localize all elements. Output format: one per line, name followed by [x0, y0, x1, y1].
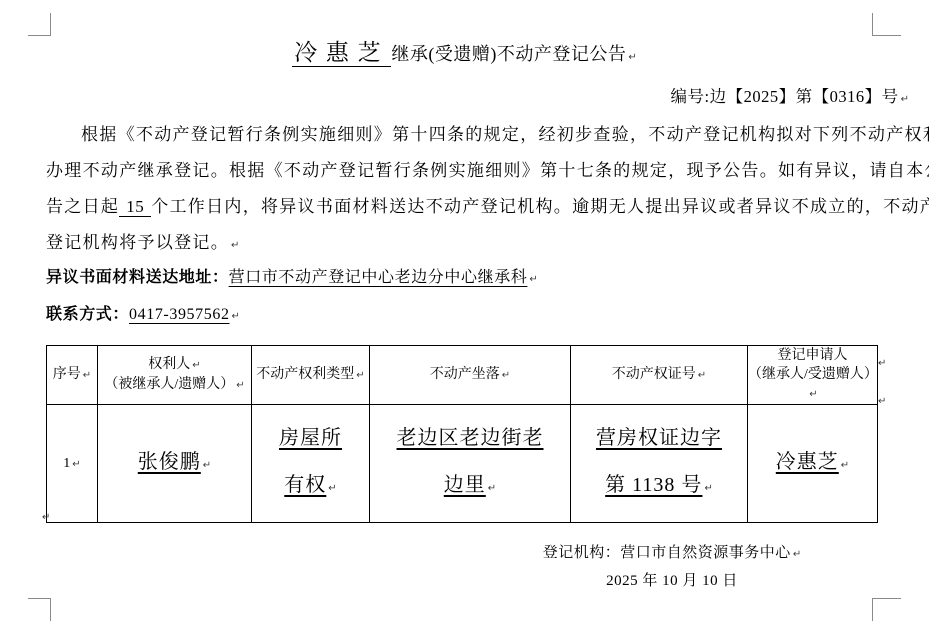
header-cert-no: 不动产权证号↵ [571, 346, 748, 405]
body-paragraph: 根据《不动产登记暂行条例实施细则》第十四条的规定，经初步查验，不动产登记机构拟对… [46, 117, 912, 261]
paragraph-mark-icon: ↵ [502, 370, 510, 381]
cell-text: 第 1138 号 [605, 474, 702, 496]
body-line: 办理不动产继承登记。根据《不动产登记暂行条例实施细则》第十七条的规定，现予公告。… [46, 153, 912, 189]
paragraph-mark-icon: ↵ [529, 274, 537, 285]
paragraph-mark-icon: ↵ [203, 460, 211, 471]
table-header-row: 序号↵ 权利人↵（被继承人/遗赠人）↵ 不动产权利类型↵ 不动产坐落↵ 不动产权… [47, 346, 878, 405]
objection-address-line: 异议书面材料送达地址：营口市不动产登记中心老边分中心继承科↵ [46, 264, 538, 287]
address-value: 营口市不动产登记中心老边分中心继承科 [229, 269, 528, 286]
paragraph-mark-icon: ↵ [841, 460, 849, 471]
body-line-pre: 告之日起 [46, 197, 119, 216]
body-line: 根据《不动产登记暂行条例实施细则》第十四条的规定，经初步查验，不动产登记机构拟对… [46, 117, 912, 153]
table-row: 1↵ 张俊鹏↵ 房屋所有权↵ 老边区老边街老边里↵ 营房权证边字第 1138 号… [47, 405, 878, 523]
cell-cert-no: 营房权证边字第 1138 号↵ [571, 405, 748, 523]
paragraph-mark-icon: ↵ [704, 483, 712, 494]
header-text: 不动产权利类型 [256, 367, 354, 382]
header-text: 不动产权证号 [612, 367, 696, 382]
paragraph-mark-icon: ↵ [83, 370, 91, 381]
paragraph-mark-icon: ↵ [356, 370, 364, 381]
paragraph-mark-icon: ↵ [793, 549, 801, 560]
cell-text: 房屋所 [279, 427, 342, 449]
paragraph-mark-icon: ↵ [328, 483, 336, 494]
title-suffix: 继承(受遗赠)不动产登记公告 [391, 44, 626, 64]
body-line-post: 个工作日内，将异议书面材料送达不动产登记机构。逾期无人提出异议或者异议不成立的，… [151, 197, 929, 216]
paragraph-mark-icon: ↵ [232, 311, 240, 322]
registration-org: 登记机构：营口市自然资源事务中心 [543, 545, 791, 561]
cell-text: 营房权证边字 [596, 427, 722, 449]
page-margin-corner-icon [28, 13, 51, 36]
contact-line: 联系方式：0417-3957562↵ [46, 301, 240, 324]
page-margin-corner-icon [872, 598, 901, 621]
objection-days-value: 15 [119, 197, 151, 217]
address-label: 异议书面材料送达地址： [46, 269, 229, 286]
cell-seq: 1↵ [47, 405, 98, 523]
paragraph-mark-icon: ↵ [809, 389, 817, 400]
page-title: 冷惠芝继承(受遗赠)不动产登记公告↵ [0, 34, 929, 67]
body-line-text: 登记机构将予以登记。 [46, 233, 229, 252]
paragraph-mark-icon: ↵ [192, 360, 200, 371]
contact-phone: 0417-3957562 [129, 306, 230, 323]
cell-text: 老边区老边街老 [397, 427, 544, 449]
cell-owner: 张俊鹏↵ [98, 405, 252, 523]
doc-number-text: 编号:边【2025】第【0316】号 [671, 87, 899, 106]
cell-location: 老边区老边街老边里↵ [370, 405, 571, 523]
end-of-row-mark-icon: ↵ [878, 358, 886, 369]
header-text: （被继承人/遗赠人） [104, 377, 234, 392]
footer-date-line: 2025 年 10 月 10 日 [502, 568, 842, 594]
cell-applicant: 冷惠芝↵ [748, 405, 878, 523]
paragraph-mark-icon: ↵ [901, 94, 909, 105]
cell-text: 边里 [444, 474, 486, 496]
header-owner: 权利人↵（被继承人/遗赠人）↵ [98, 346, 252, 405]
cell-text: 张俊鹏 [138, 451, 201, 473]
doc-number: 编号:边【2025】第【0316】号↵ [671, 83, 909, 107]
cell-text: 有权 [284, 474, 326, 496]
paragraph-mark-icon: ↵ [236, 380, 244, 391]
registration-table: 序号↵ 权利人↵（被继承人/遗赠人）↵ 不动产权利类型↵ 不动产坐落↵ 不动产权… [46, 345, 878, 523]
footer: 登记机构：营口市自然资源事务中心↵ 2025 年 10 月 10 日 [502, 540, 842, 594]
contact-label: 联系方式： [46, 306, 129, 323]
cell-right-type: 房屋所有权↵ [252, 405, 370, 523]
header-text: 不动产坐落 [430, 367, 500, 382]
footer-org-line: 登记机构：营口市自然资源事务中心↵ [502, 540, 842, 568]
title-heir-name: 冷惠芝 [292, 40, 391, 67]
paragraph-mark-icon: ↵ [72, 459, 80, 470]
body-line: 登记机构将予以登记。↵ [46, 225, 912, 261]
header-applicant: 登记申请人（继承人/受遗赠人）↵ [748, 346, 878, 405]
paragraph-mark-icon: ↵ [42, 512, 50, 523]
page-margin-corner-icon [872, 13, 901, 36]
document-page: 冷惠芝继承(受遗赠)不动产登记公告↵ 编号:边【2025】第【0316】号↵ 根… [0, 0, 929, 621]
paragraph-mark-icon: ↵ [488, 483, 496, 494]
paragraph-mark-icon: ↵ [698, 370, 706, 381]
paragraph-mark-icon: ↵ [231, 240, 239, 251]
end-of-row-mark-icon: ↵ [878, 396, 886, 407]
body-line: 告之日起15个工作日内，将异议书面材料送达不动产登记机构。逾期无人提出异议或者异… [46, 189, 912, 225]
cell-text: 1 [63, 456, 70, 471]
header-text: 登记申请人 [778, 348, 848, 363]
page-margin-corner-icon [28, 598, 51, 621]
notice-date: 2025 年 10 月 10 日 [606, 573, 738, 589]
header-right-type: 不动产权利类型↵ [252, 346, 370, 405]
header-text: 序号 [53, 367, 81, 382]
header-seq: 序号↵ [47, 346, 98, 405]
header-text: （继承人/受遗赠人） [748, 367, 878, 382]
cell-text: 冷惠芝 [776, 451, 839, 473]
header-location: 不动产坐落↵ [370, 346, 571, 405]
paragraph-mark-icon: ↵ [628, 52, 636, 63]
header-text: 权利人 [148, 357, 190, 372]
